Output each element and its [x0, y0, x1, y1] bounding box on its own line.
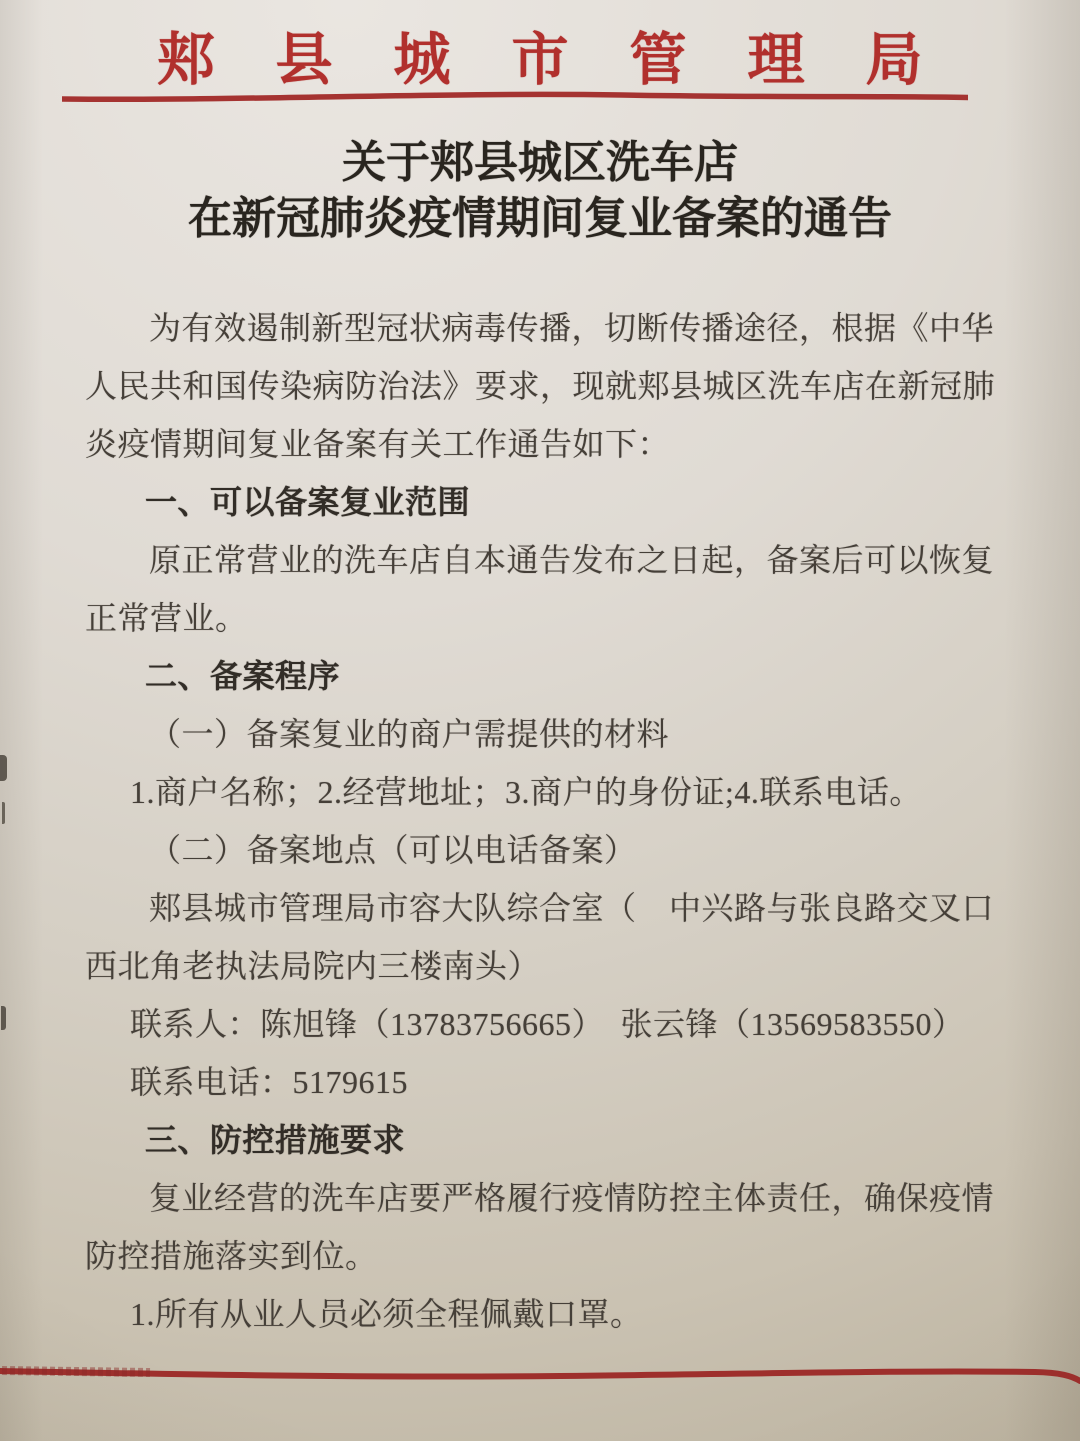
body-line: 1.商户名称；2.经营地址；3.商户的身份证;4.联系电话。: [85, 763, 997, 821]
body-line: 炎疫情期间复业备案有关工作通告如下：: [85, 415, 997, 473]
contact-phone-line: 联系电话：5179615: [85, 1053, 997, 1111]
footer-rule: [0, 1362, 1080, 1386]
body-line: 复业经营的洗车店要严格履行疫情防控主体责任，确保疫情: [85, 1169, 997, 1227]
body-line: 为有效遏制新型冠状病毒传播，切断传播途径，根据《中华: [85, 299, 997, 357]
body-line: 正常营业。: [85, 589, 997, 647]
section-heading-2: 二、备案程序: [85, 647, 997, 705]
body-line: 原正常营业的洗车店自本通告发布之日起，备案后可以恢复: [85, 531, 997, 589]
notice-body: 为有效遏制新型冠状病毒传播，切断传播途径，根据《中华 人民共和国传染病防治法》要…: [85, 299, 997, 1343]
body-line: 人民共和国传染病防治法》要求，现就郏县城区洗车店在新冠肺: [85, 357, 997, 415]
header-rule: [62, 90, 968, 104]
body-line: 西北角老执法局院内三楼南头）: [85, 937, 997, 995]
body-line: 防控措施落实到位。: [85, 1227, 997, 1285]
body-line: （二）备案地点（可以电话备案）: [85, 821, 997, 879]
notice-title-line2: 在新冠肺炎疫情期间复业备案的通告: [0, 182, 1080, 246]
notice-title-line1: 关于郏县城区洗车店: [0, 126, 1080, 190]
body-line: 1.所有从业人员必须全程佩戴口罩。: [85, 1285, 997, 1343]
contact-persons-line: 联系人：陈旭锋（13783756665） 张云锋（13569583550）: [85, 995, 997, 1053]
section-heading-3: 三、防控措施要求: [85, 1111, 997, 1169]
body-line: （一）备案复业的商户需提供的材料: [85, 705, 997, 763]
agency-header: 郏县城市管理局: [0, 14, 1080, 96]
notice-document: 郏县城市管理局 关于郏县城区洗车店 在新冠肺炎疫情期间复业备案的通告 为有效遏制…: [0, 0, 1080, 1441]
body-line: 郏县城市管理局市容大队综合室（ 中兴路与张良路交叉口: [85, 879, 997, 937]
section-heading-1: 一、可以备案复业范围: [85, 473, 997, 531]
